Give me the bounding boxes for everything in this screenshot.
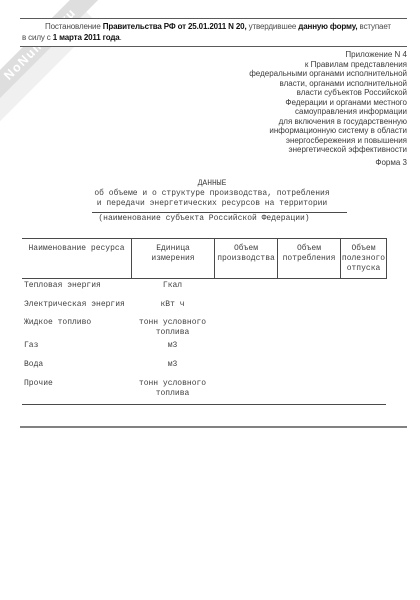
appendix-line: к Правилам представления [249, 60, 407, 70]
header-cell-unit: Единица измерения [131, 239, 214, 278]
document-page: NoNumber.ru Постановление Правительства … [0, 0, 420, 600]
resource-unit: Гкал [131, 281, 214, 291]
header-cell-net-supply-volume: Объем полезного отпуска [340, 239, 386, 278]
resource-name: Тепловая энергия [24, 281, 101, 291]
header-cell-resource-name: Наименование ресурса [22, 239, 131, 278]
resource-name: Электрическая энергия [24, 300, 125, 310]
appendix-line: энергетической эффективности [249, 145, 407, 155]
header-cell-production-volume: Объем производства [214, 239, 277, 278]
resource-name: Вода [24, 360, 43, 370]
appendix-line: Приложение N 4 [249, 50, 407, 60]
resource-name: Газ [24, 341, 38, 351]
appendix-line: федеральными органами исполнительной [249, 69, 407, 79]
subject-caption: (наименование субъекта Российской Федера… [22, 214, 386, 223]
resource-table-header: Наименование ресурса Единица измерения О… [22, 238, 387, 279]
resource-unit: тонн условного топлива [131, 318, 214, 338]
appendix-line: власти, органами исполнительной [249, 79, 407, 89]
resource-name: Прочие [24, 379, 53, 389]
appendix-block: Приложение N 4 к Правилам представления … [249, 50, 407, 155]
header-cell-consumption-volume: Объем потребления [277, 239, 340, 278]
subject-underline [92, 212, 347, 213]
appendix-line: для включения в государственную [249, 117, 407, 127]
resource-unit: кВт ч [131, 300, 214, 310]
note-line-2: в силу с 1 марта 2011 года. [22, 32, 405, 43]
appendix-line: самоуправления информации [249, 107, 407, 117]
title-line: и передачи энергетических ресурсов на те… [22, 199, 402, 209]
resource-name: Жидкое топливо [24, 318, 91, 328]
appendix-line: Федерации и органами местного [249, 98, 407, 108]
appendix-line: энергосбережения и повышения [249, 136, 407, 146]
resource-unit: м3 [131, 341, 214, 351]
effective-date-note: Постановление Правительства РФ от 25.01.… [20, 18, 407, 47]
resource-unit: тонн условного топлива [131, 379, 214, 399]
table-bottom-border [22, 404, 386, 405]
appendix-line: информационную систему в области [249, 126, 407, 136]
document-title: ДАННЫЕ об объеме и о структуре производс… [22, 179, 402, 209]
title-line: об объеме и о структуре производства, по… [22, 189, 402, 199]
title-heading: ДАННЫЕ [22, 179, 402, 189]
page-divider-rule [20, 426, 407, 428]
resource-unit: м3 [131, 360, 214, 370]
appendix-line: власти субъектов Российской [249, 88, 407, 98]
note-line-1: Постановление Правительства РФ от 25.01.… [22, 21, 405, 32]
form-number-label: Форма 3 [375, 158, 407, 167]
